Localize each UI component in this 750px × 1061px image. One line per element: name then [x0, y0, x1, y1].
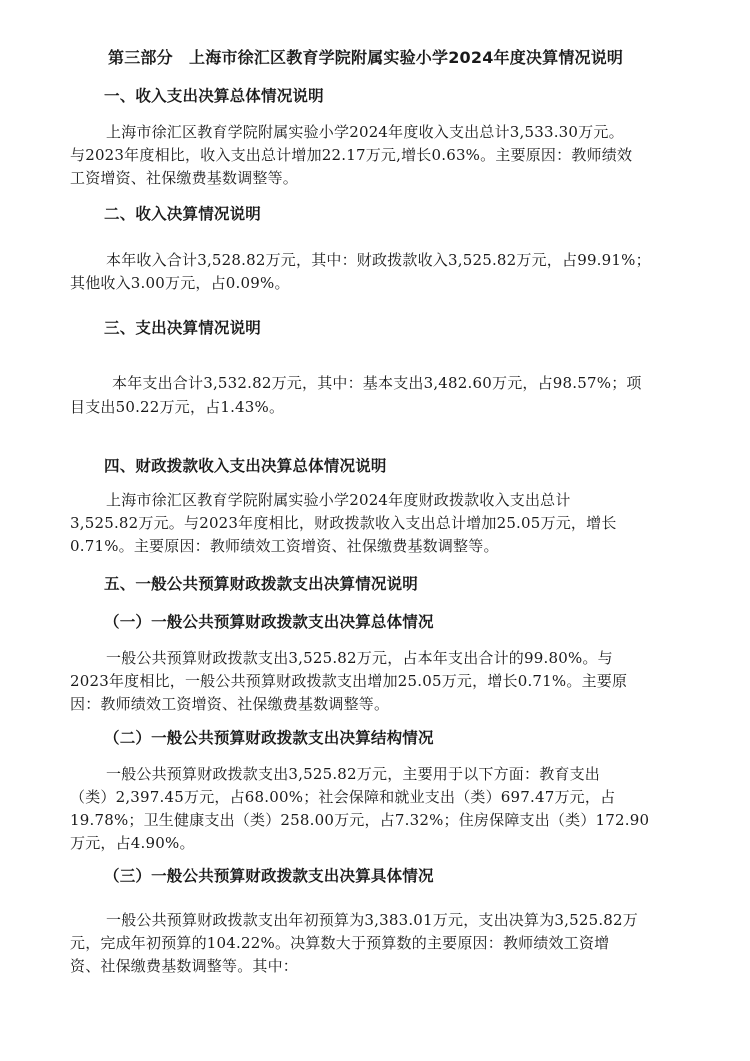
- subsection-heading-3: （三）一般公共预算财政拨款支出决算具体情况: [104, 866, 434, 886]
- section-heading-4: 四、财政拨款收入支出决算总体情况说明: [104, 456, 387, 476]
- paragraph-line: 19.78%；卫生健康支出（类）258.00万元，占7.32%；住房保障支出（类…: [70, 810, 649, 830]
- paragraph-line: 资、社保缴费基数调整等。其中：: [70, 956, 298, 976]
- document-title: 第三部分 上海市徐汇区教育学院附属实验小学2024年度决算情况说明: [108, 48, 623, 68]
- paragraph-line: 与2023年度相比，收入支出总计增加22.17万元,增长0.63%。主要原因：教…: [70, 145, 632, 165]
- paragraph-line: 工资增资、社保缴费基数调整等。: [70, 168, 298, 188]
- paragraph-line: 本年收入合计3,528.82万元，其中：财政拨款收入3,525.82万元，占99…: [106, 250, 651, 270]
- paragraph-line: 元，完成年初预算的104.22%。决算数大于预算数的主要原因：教师绩效工资增: [70, 933, 609, 953]
- section-heading-1: 一、收入支出决算总体情况说明: [104, 86, 324, 106]
- paragraph-line: 其他收入3.00万元，占0.09%。: [70, 273, 290, 293]
- paragraph-line: 一般公共预算财政拨款支出3,525.82万元，主要用于以下方面：教育支出: [106, 764, 600, 784]
- paragraph-line: 一般公共预算财政拨款支出3,525.82万元，占本年支出合计的99.80%。与: [106, 648, 613, 668]
- section-heading-5: 五、一般公共预算财政拨款支出决算情况说明: [104, 574, 418, 594]
- section-heading-2: 二、收入决算情况说明: [104, 204, 261, 224]
- section-heading-3: 三、支出决算情况说明: [104, 318, 261, 338]
- paragraph-line: 0.71%。主要原因：教师绩效工资增资、社保缴费基数调整等。: [70, 536, 499, 556]
- paragraph-line: 2023年度相比，一般公共预算财政拨款支出增加25.05万元，增长0.71%。主…: [70, 671, 627, 691]
- paragraph-line: （类）2,397.45万元，占68.00%；社会保障和就业支出（类）697.47…: [70, 787, 615, 807]
- subsection-heading-2: （二）一般公共预算财政拨款支出决算结构情况: [104, 728, 434, 748]
- document-page: 第三部分 上海市徐汇区教育学院附属实验小学2024年度决算情况说明 一、收入支出…: [0, 0, 750, 1061]
- paragraph-line: 本年支出合计3,532.82万元，其中：基本支出3,482.60万元，占98.5…: [112, 373, 642, 393]
- paragraph-line: 上海市徐汇区教育学院附属实验小学2024年度财政拨款收入支出总计: [106, 490, 571, 510]
- subsection-heading-1: （一）一般公共预算财政拨款支出决算总体情况: [104, 612, 434, 632]
- paragraph-line: 因：教师绩效工资增资、社保缴费基数调整等。: [70, 694, 389, 714]
- paragraph-line: 3,525.82万元。与2023年度相比，财政拨款收入支出总计增加25.05万元…: [70, 513, 617, 533]
- paragraph-line: 上海市徐汇区教育学院附属实验小学2024年度收入支出总计3,533.30万元。: [106, 122, 624, 142]
- paragraph-line: 一般公共预算财政拨款支出年初预算为3,383.01万元，支出决算为3,525.8…: [106, 910, 638, 930]
- paragraph-line: 万元，占4.90%。: [70, 833, 195, 853]
- paragraph-line: 目支出50.22万元，占1.43%。: [70, 397, 284, 417]
